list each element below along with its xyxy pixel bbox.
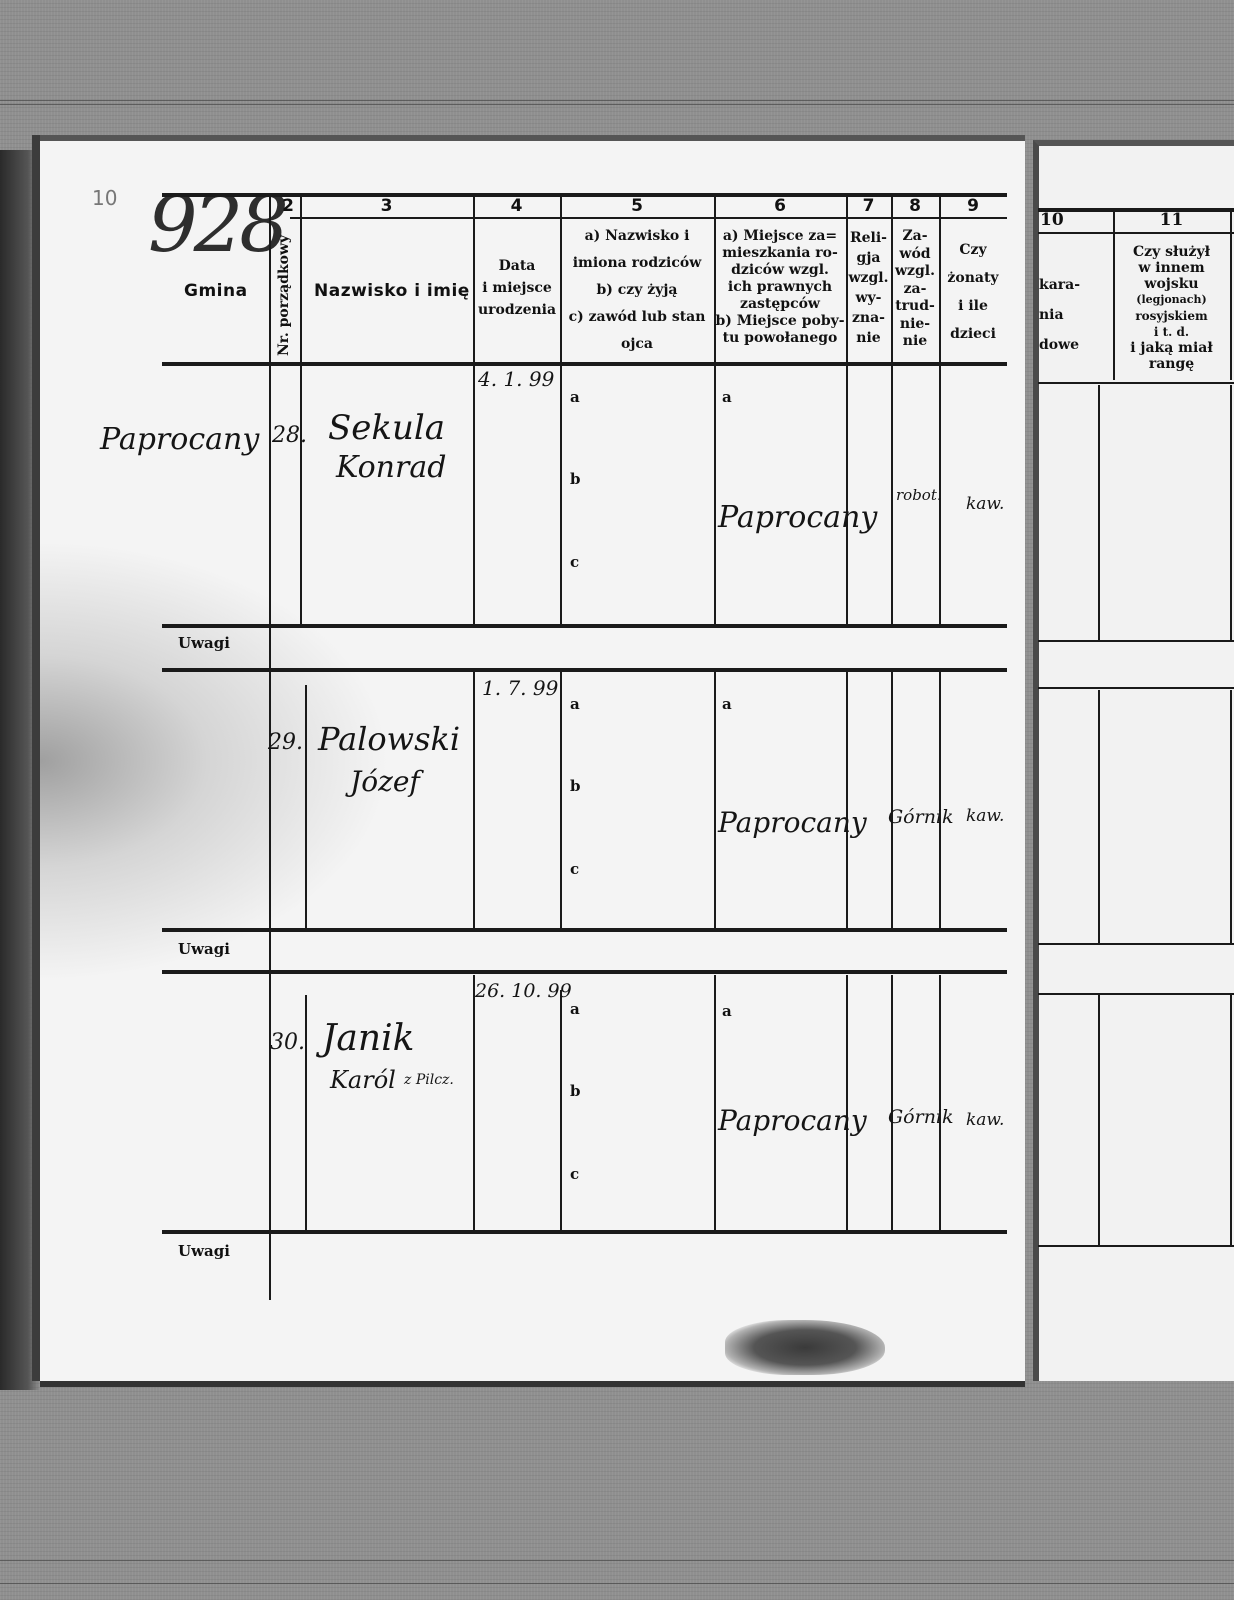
col-divider [1230,995,1232,1245]
sub-label-c: c [570,860,579,878]
col-divider [300,365,302,625]
col-divider [846,670,848,928]
header-col11: Czy służył w innem wojsku (legjonach) ro… [1113,244,1230,372]
col-number: 9 [939,196,1007,216]
col-number: 2 [278,196,298,216]
header-col6: a) Miejsce za= mieszkania ro- dziców wzg… [714,228,846,347]
entry-birth-date: 1. 7. 99 [482,676,558,700]
col-divider [300,195,302,363]
entry-occupation: Górnik [888,806,954,828]
entry-given-name-note: z Pilcz. [404,1072,454,1088]
entry-given-name: Karól [330,1066,396,1094]
sub-label-c: c [570,553,579,571]
header-bottom-rule [162,362,1007,366]
entry-surname: Sekula [328,408,445,448]
entry-nr: 28. [272,423,307,448]
remarks-label: Uwagi [178,1242,230,1260]
sub-label-a: a [722,1002,732,1020]
entry-col9: kaw. [966,494,1004,514]
col-divider [1230,385,1232,640]
entry-surname: Janik [322,1018,414,1059]
entry-col9: kaw. [966,806,1004,826]
sub-label-c: c [570,1165,579,1183]
col-divider [891,670,893,928]
col-number: 4 [473,196,560,216]
sub-label-b: b [570,777,581,795]
col-divider [714,365,716,625]
header-number-rule [290,217,1007,219]
col-number: 6 [714,196,846,216]
entry-surname: Palowski [318,720,460,758]
col-number: 8 [891,196,939,216]
col-divider [473,365,475,625]
binding-shadow [0,150,40,1390]
page-number-pencil: 10 [92,186,117,210]
entry-residence: Paprocany [718,1104,867,1137]
row-rule [162,668,1007,672]
facing-row-rule [1038,687,1234,689]
remarks-label: Uwagi [178,634,230,652]
row-rule [162,928,1007,932]
header-nr-porzadkowy: Nr. porządkowy [276,235,292,356]
facing-header-bottom-rule [1038,382,1234,384]
col-divider [846,975,848,1230]
ink-smudge [725,1320,885,1375]
row-rule [162,1230,1007,1234]
col-divider [1098,385,1100,640]
remarks-label: Uwagi [178,940,230,958]
col-number: 5 [560,196,714,216]
col-divider [1098,995,1100,1245]
header-col4: Data i miejsce urodzenia [474,255,560,321]
col-divider [560,990,562,1230]
col-number: 7 [846,196,891,216]
col-divider [714,670,716,928]
col-number: 3 [300,196,473,216]
row-rule [162,624,1007,628]
sub-label-b: b [570,470,581,488]
entry-col9: kaw. [966,1110,1004,1130]
col-divider [891,975,893,1230]
facing-header-number-rule [1038,232,1234,234]
entry-nr: 30. [270,1030,305,1055]
entry-birth-date: 4. 1. 99 [478,367,554,391]
scan-artifact-line [0,1583,1234,1584]
facing-row-rule [1038,993,1234,995]
header-col9: Czy żonaty i ile dzieci [939,236,1007,348]
header-gmina: Gmina [184,281,248,301]
scan-artifact-line [0,104,1234,105]
entry-residence: Paprocany [718,500,877,535]
entry-nr: 29. [268,730,303,755]
header-col8: Za- wód wzgl. za- trud- nie- nie [891,228,939,351]
sub-label-b: b [570,1082,581,1100]
entry-occupation: robot. [896,486,942,504]
col-divider [1230,690,1232,945]
header-col5: a) Nazwisko i imiona rodziców b) czy żyj… [560,223,714,358]
entry-occupation: Górnik [888,1106,954,1128]
col-number: 10 [1040,210,1070,230]
col-divider [891,365,893,625]
col-divider [939,975,941,1230]
entry-residence: Paprocany [718,806,867,839]
entry-given-name: Konrad [336,450,446,485]
col-divider [1230,210,1232,380]
header-col10: kara- nia dowe [1039,270,1099,360]
scan-artifact-line [0,1560,1234,1561]
scan-artifact-line [0,100,1234,101]
sub-label-a: a [570,1000,580,1018]
entry-given-name: Józef [350,765,420,798]
col-divider [560,365,562,625]
col-divider [939,670,941,928]
col-divider [714,975,716,1230]
sub-label-a: a [570,388,580,406]
col-divider [305,995,307,1230]
header-col7: Reli- gja wzgl. wy- zna- nie [846,228,891,348]
col-number: 11 [1113,210,1230,230]
row-rule [162,970,1007,974]
col-divider [473,975,475,1230]
entry-birth-date: 26. 10. 99 [475,980,572,1002]
sub-label-a: a [722,695,732,713]
entry-gmina: Paprocany [100,422,259,457]
col-divider [846,365,848,625]
col-divider [473,670,475,928]
col-divider [1098,690,1100,945]
facing-row-rule [1038,640,1234,642]
col-divider [560,670,562,928]
sub-label-a: a [722,388,732,406]
col-divider [305,685,307,928]
header-nazwisko-imie: Nazwisko i imię [314,281,470,301]
facing-row-rule [1038,943,1234,945]
sub-label-a: a [570,695,580,713]
facing-row-rule [1038,1245,1234,1247]
